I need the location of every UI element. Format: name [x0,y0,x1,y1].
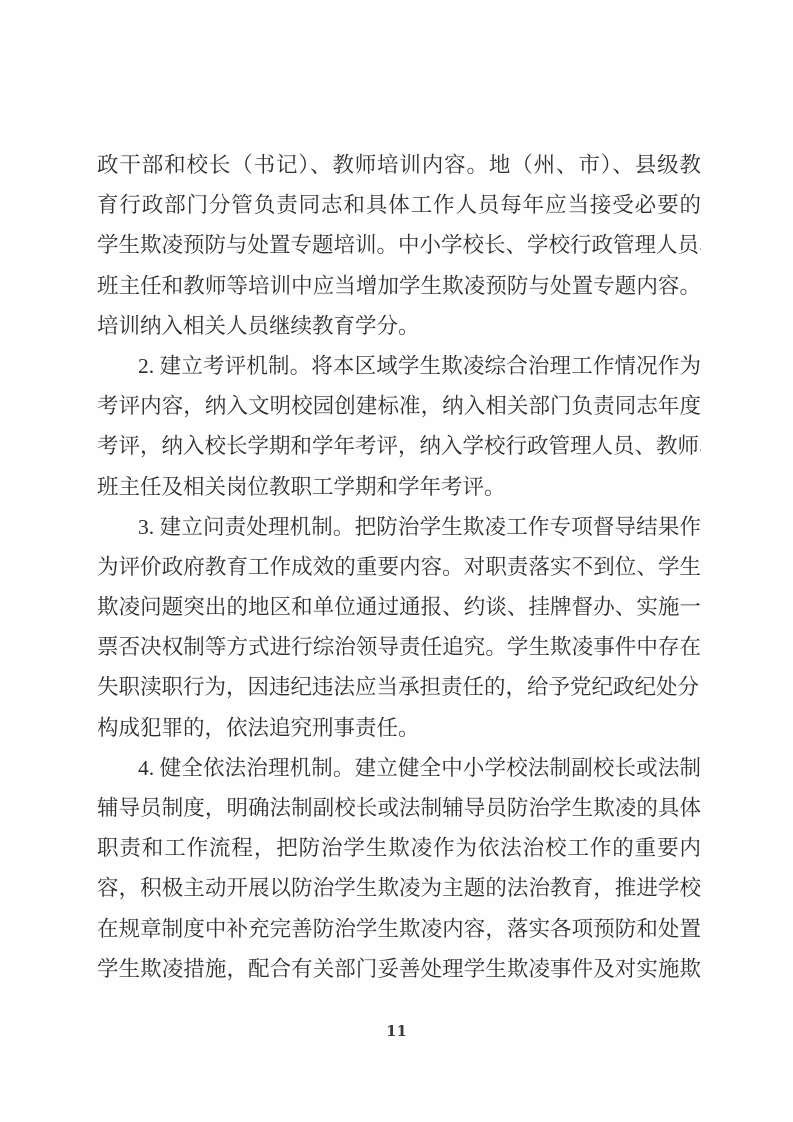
text-line: 在规章制度中补充完善防治学生欺凌内容，落实各项预防和处置 [97,909,701,949]
paragraph-item-3-accountability-mechanism: 3. 建立问责处理机制。把防治学生欺凌工作专项督导结果作 为评价政府教育工作成效… [97,507,701,748]
text-line: 考评内容，纳入文明校园创建标准，纳入相关部门负责同志年度 [97,386,701,426]
paragraph-continuation: 政干部和校长（书记）、教师培训内容。地（州、市）、县级教 育行政部门分管负责同志… [97,145,701,346]
text-line: 职责和工作流程，把防治学生欺凌作为依法治校工作的重要内 [97,828,701,868]
text-line: 3. 建立问责处理机制。把防治学生欺凌工作专项督导结果作 [97,507,701,547]
document-page: 政干部和校长（书记）、教师培训内容。地（州、市）、县级教 育行政部门分管负责同志… [0,0,793,1122]
text-line: 辅导员制度，明确法制副校长或法制辅导员防治学生欺凌的具体 [97,788,701,828]
page-body-text: 政干部和校长（书记）、教师培训内容。地（州、市）、县级教 育行政部门分管负责同志… [97,145,701,989]
text-line: 班主任及相关岗位教职工学期和学年考评。 [97,467,701,507]
text-line: 4. 健全依法治理机制。建立健全中小学校法制副校长或法制 [97,748,701,788]
text-line: 学生欺凌措施，配合有关部门妥善处理学生欺凌事件及对实施欺 [97,949,701,989]
text-line: 班主任和教师等培训中应当增加学生欺凌预防与处置专题内容。 [97,266,701,306]
text-line: 为评价政府教育工作成效的重要内容。对职责落实不到位、学生 [97,547,701,587]
text-line: 票否决权制等方式进行综治领导责任追究。学生欺凌事件中存在 [97,627,701,667]
text-line: 育行政部门分管负责同志和具体工作人员每年应当接受必要的 [97,185,701,225]
paragraph-item-4-rule-of-law-mechanism: 4. 健全依法治理机制。建立健全中小学校法制副校长或法制 辅导员制度，明确法制副… [97,748,701,989]
paragraph-item-2-evaluation-mechanism: 2. 建立考评机制。将本区域学生欺凌综合治理工作情况作为 考评内容，纳入文明校园… [97,346,701,507]
text-line: 构成犯罪的，依法追究刑事责任。 [97,708,701,748]
text-line: 失职渎职行为，因违纪违法应当承担责任的，给予党纪政纪处分； [97,667,701,707]
text-line: 2. 建立考评机制。将本区域学生欺凌综合治理工作情况作为 [97,346,701,386]
text-line: 政干部和校长（书记）、教师培训内容。地（州、市）、县级教 [97,145,701,185]
text-line: 容，积极主动开展以防治学生欺凌为主题的法治教育，推进学校 [97,868,701,908]
text-line: 学生欺凌预防与处置专题培训。中小学校长、学校行政管理人员、 [97,225,701,265]
text-line: 培训纳入相关人员继续教育学分。 [97,306,701,346]
text-line: 欺凌问题突出的地区和单位通过通报、约谈、挂牌督办、实施一 [97,587,701,627]
text-line: 考评，纳入校长学期和学年考评，纳入学校行政管理人员、教师、 [97,426,701,466]
page-number: 11 [0,1022,793,1040]
